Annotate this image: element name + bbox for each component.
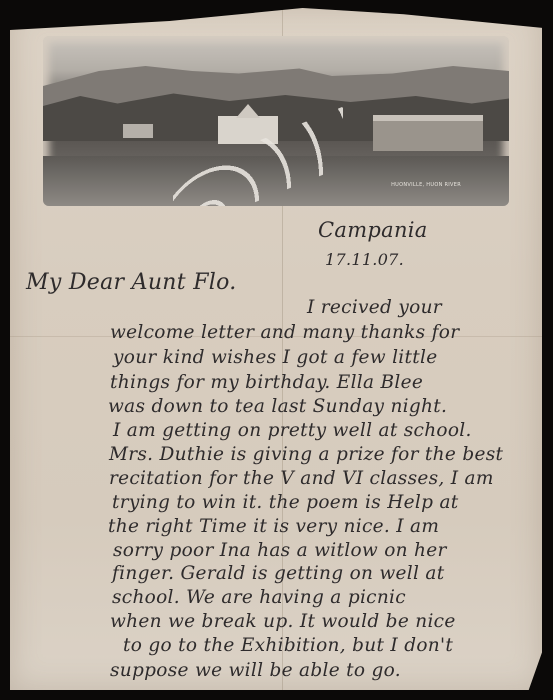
letter-line: welcome letter and many thanks for bbox=[110, 322, 459, 343]
letter-place: Campania bbox=[318, 218, 428, 242]
letter-line: I am getting on pretty well at school. bbox=[113, 420, 472, 441]
house-image bbox=[123, 124, 153, 138]
letter-line: when we break up. It would be nice bbox=[110, 611, 456, 632]
letter-line: sorry poor Ina has a witlow on her bbox=[113, 540, 447, 561]
letter-line: recitation for the V and VI classes, I a… bbox=[109, 468, 494, 489]
letterhead-photo: HUONVILLE, HUON RIVER bbox=[43, 36, 509, 206]
hotel-image bbox=[373, 121, 483, 151]
letter-line: the right Time it is very nice. I am bbox=[108, 516, 439, 537]
letter-date: 17.11.07. bbox=[325, 250, 404, 269]
letter-line: was down to tea last Sunday night. bbox=[108, 396, 447, 417]
letter-line: things for my birthday. Ella Blee bbox=[110, 372, 423, 393]
letter-line: I recived your bbox=[307, 297, 442, 318]
letter-line: school. We are having a picnic bbox=[112, 587, 406, 608]
letter-line: suppose we will be able to go. bbox=[110, 660, 401, 681]
letter-salutation: My Dear Aunt Flo. bbox=[26, 270, 237, 295]
letter-line: finger. Gerald is getting on well at bbox=[112, 563, 444, 584]
letter-line: trying to win it. the poem is Help at bbox=[112, 492, 459, 513]
letter-line: your kind wishes I got a few little bbox=[113, 347, 437, 368]
letter-line: Mrs. Duthie is giving a prize for the be… bbox=[109, 444, 503, 465]
letter-line: to go to the Exhibition, but I don't bbox=[123, 635, 453, 656]
photo-caption: HUONVILLE, HUON RIVER bbox=[391, 182, 461, 188]
